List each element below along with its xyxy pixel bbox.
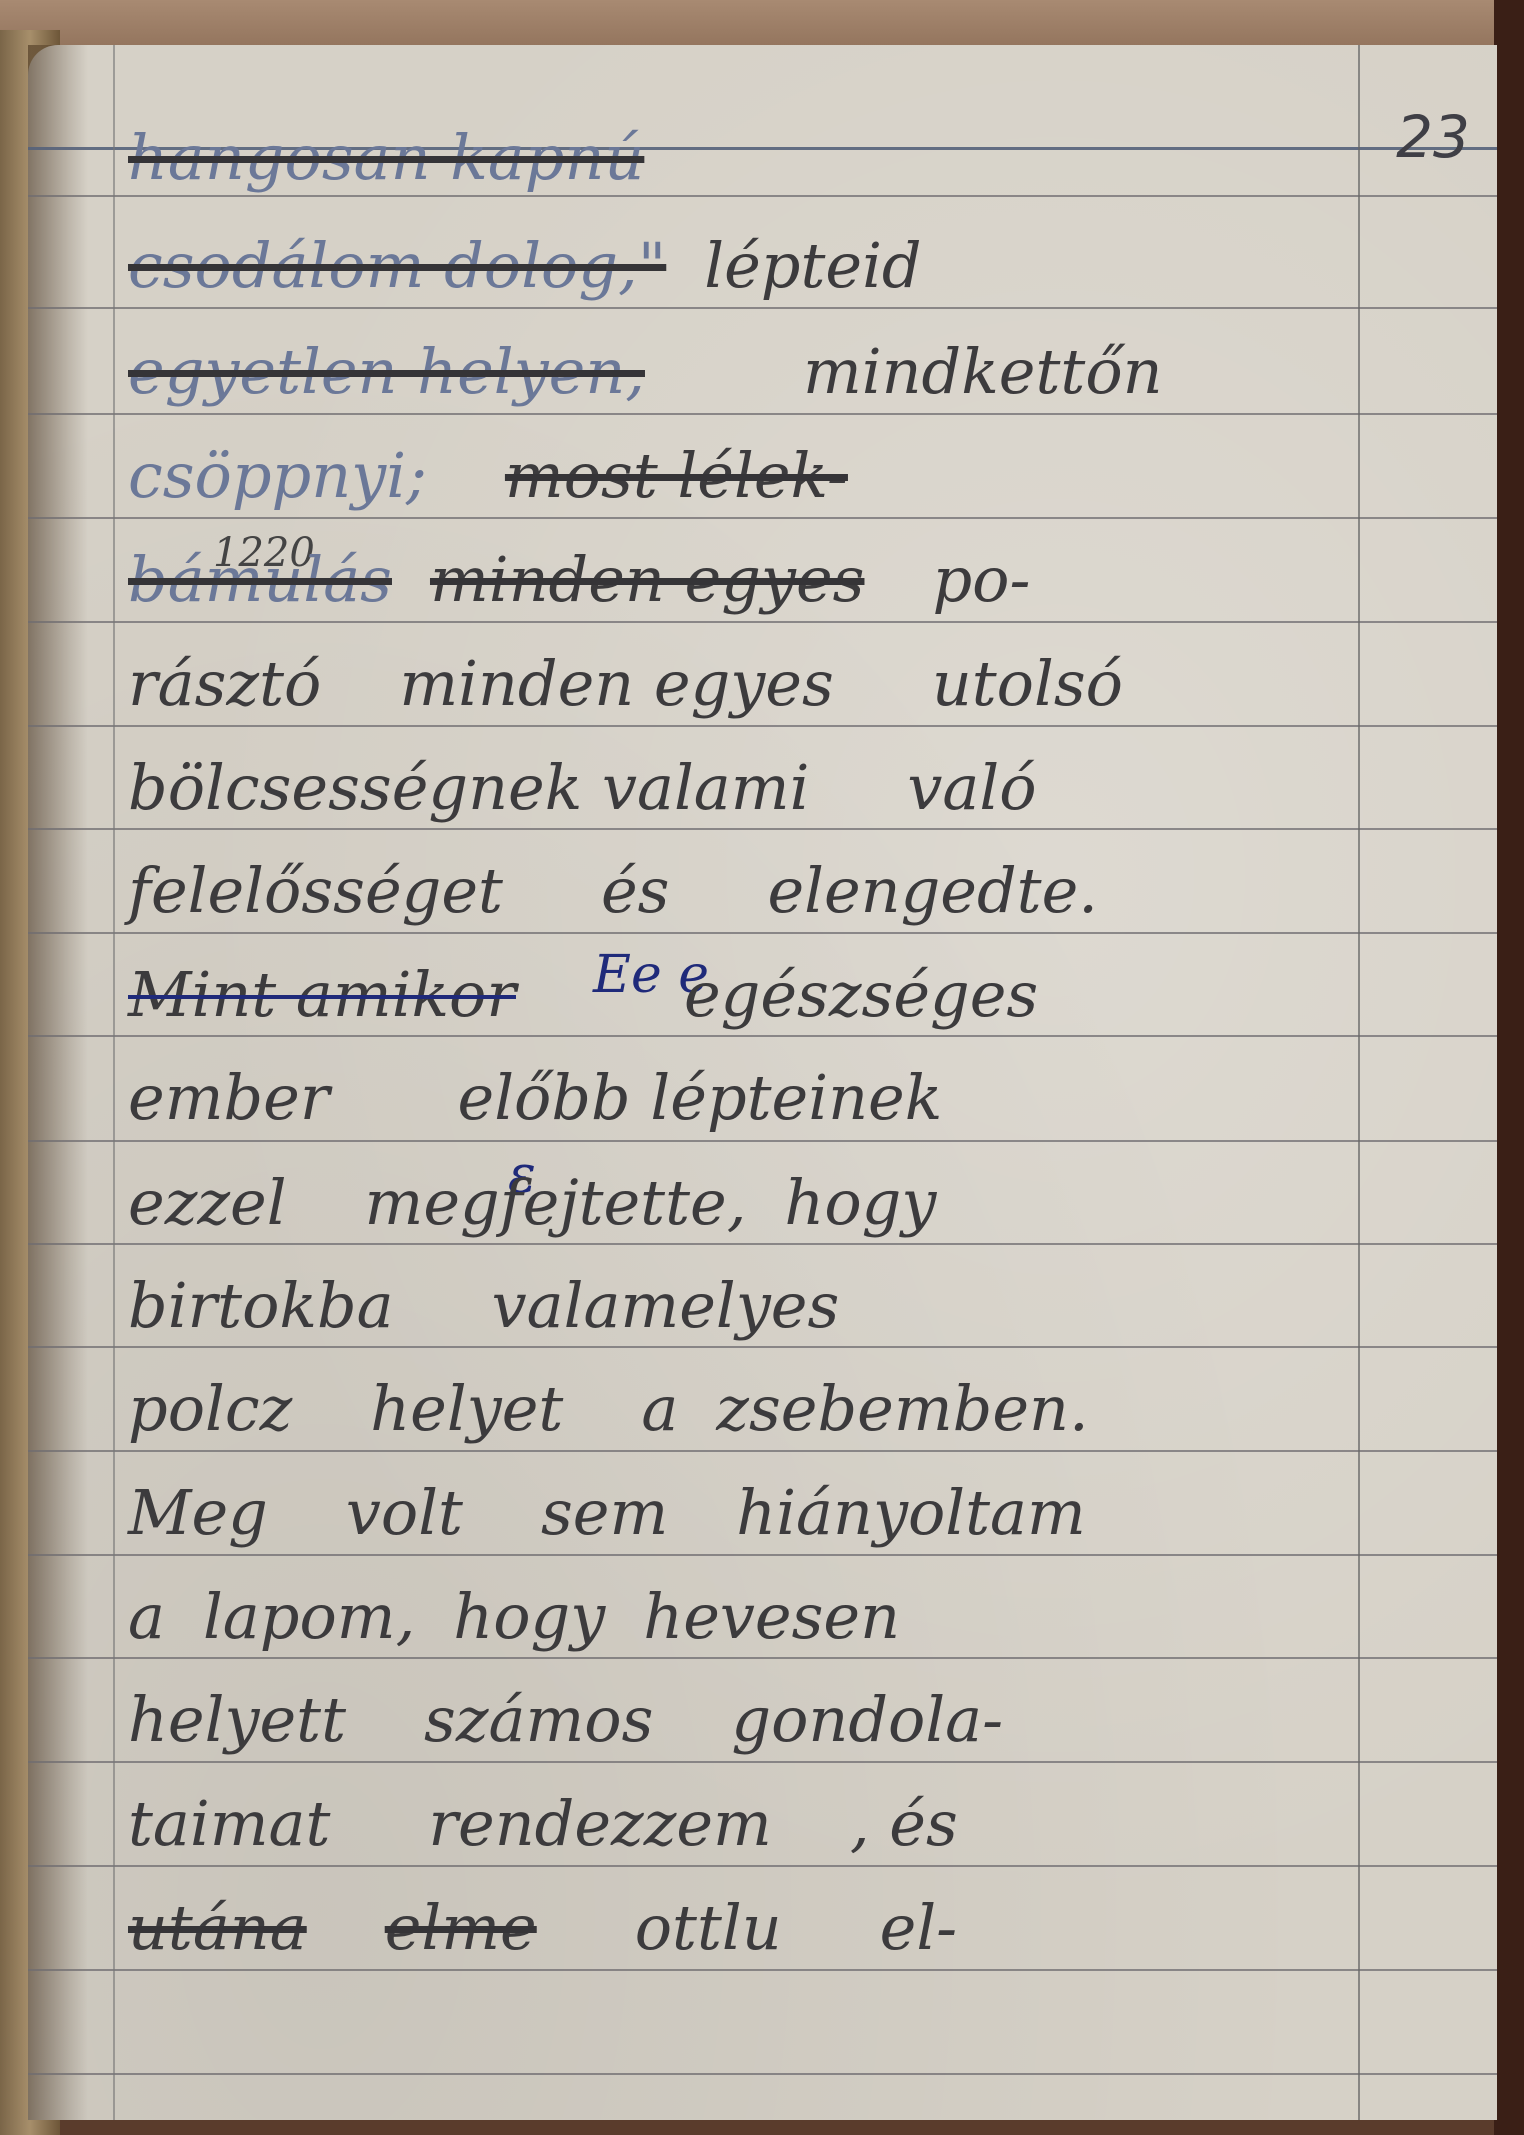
handwritten-word: ember bbox=[128, 1067, 330, 1135]
struck-text: minden egyes bbox=[430, 549, 864, 617]
text-line: csöppnyi; most lélek- bbox=[128, 413, 1488, 513]
text-line: Mint amikor egészséges bbox=[128, 932, 1488, 1032]
handwritten-word: előbb lépteinek bbox=[458, 1067, 943, 1135]
text-line: birtokba valamelyes bbox=[128, 1243, 1488, 1343]
handwritten-word: zsebemben. bbox=[716, 1378, 1088, 1446]
binding-shadow bbox=[28, 45, 88, 2120]
handwritten-word: utolsó bbox=[932, 653, 1123, 721]
text-line: polcz helyet a zsebemben. bbox=[128, 1346, 1488, 1446]
handwritten-word: sem bbox=[541, 1482, 668, 1550]
handwritten-word: po- bbox=[932, 549, 1030, 617]
handwritten-word: lépteid bbox=[704, 235, 921, 303]
background-surface-right bbox=[1494, 0, 1524, 2135]
text-line: utána elme ottlu el- bbox=[128, 1865, 1488, 1965]
handwritten-word: a bbox=[128, 1586, 165, 1654]
handwritten-word: hiányoltam bbox=[736, 1482, 1086, 1550]
handwritten-word: egészséges bbox=[684, 964, 1038, 1032]
left-margin-rule bbox=[113, 45, 115, 2120]
text-line: csodálom dolog," lépteid bbox=[128, 203, 1488, 303]
handwritten-word: helyett bbox=[128, 1689, 346, 1757]
text-line: bámulás minden egyes po- bbox=[128, 517, 1488, 617]
handwritten-word: felelősséget bbox=[128, 860, 503, 928]
handwritten-word: hevesen bbox=[643, 1586, 900, 1654]
handwritten-word: lapom, bbox=[203, 1586, 415, 1654]
handwritten-word: Meg bbox=[128, 1482, 268, 1550]
handwritten-word: megfejtette, bbox=[365, 1172, 747, 1240]
handwritten-word: hogy bbox=[784, 1172, 936, 1240]
handwritten-word: rendezzem bbox=[428, 1793, 771, 1861]
handwritten-word: csöppnyi; bbox=[128, 445, 427, 513]
handwritten-word: ezzel bbox=[128, 1172, 287, 1240]
handwritten-word: gondola- bbox=[731, 1689, 1003, 1757]
text-line: ezzel megfejtette, hogy bbox=[128, 1140, 1488, 1240]
ruled-line bbox=[28, 2073, 1497, 2075]
handwritten-word: , és bbox=[850, 1793, 958, 1861]
struck-text: bámulás bbox=[128, 549, 392, 617]
handwritten-word: hogy bbox=[453, 1586, 605, 1654]
text-line: taimat rendezzem , és bbox=[128, 1761, 1488, 1861]
handwritten-word: valamelyes bbox=[492, 1275, 840, 1343]
text-line: rásztó minden egyes utolsó bbox=[128, 621, 1488, 721]
text-line: helyett számos gondola- bbox=[128, 1657, 1488, 1757]
text-line: Meg volt sem hiányoltam bbox=[128, 1450, 1488, 1550]
notebook-page: 23 hangosan kapnú csodálom dolog," lépte… bbox=[28, 45, 1497, 2120]
handwritten-word: rásztó bbox=[128, 653, 321, 721]
handwritten-word: mindkettőn bbox=[803, 341, 1163, 409]
struck-text: csodálom dolog," bbox=[128, 235, 666, 303]
handwritten-word: el- bbox=[880, 1897, 957, 1965]
handwritten-word: minden egyes bbox=[399, 653, 833, 721]
ruled-line bbox=[28, 195, 1497, 197]
struck-text: hangosan kapnú bbox=[128, 127, 644, 195]
handwritten-word: volt bbox=[346, 1482, 463, 1550]
text-line: a lapom, hogy hevesen bbox=[128, 1554, 1488, 1654]
handwritten-word: birtokba bbox=[128, 1275, 394, 1343]
pen-struck-text: Mint amikor bbox=[128, 964, 516, 1032]
struck-text: utána bbox=[128, 1897, 307, 1965]
struck-text: egyetlen helyen, bbox=[128, 341, 645, 409]
handwritten-word: való bbox=[907, 757, 1036, 825]
handwritten-word: helyet bbox=[370, 1378, 563, 1446]
ruled-line bbox=[28, 1969, 1497, 1971]
struck-text: elme bbox=[385, 1897, 537, 1965]
handwritten-word: bölcsességnek valami bbox=[128, 757, 809, 825]
handwritten-word: és bbox=[601, 860, 670, 928]
handwritten-word: taimat bbox=[128, 1793, 330, 1861]
text-line: hangosan kapnú bbox=[128, 95, 1488, 195]
handwritten-word: elengedte. bbox=[767, 860, 1098, 928]
text-line: ember előbb lépteinek bbox=[128, 1035, 1488, 1135]
handwritten-word: ottlu bbox=[635, 1897, 782, 1965]
handwritten-word: számos bbox=[424, 1689, 653, 1757]
text-line: egyetlen helyen, mindkettőn bbox=[128, 309, 1488, 409]
handwritten-word: polcz bbox=[128, 1378, 292, 1446]
text-line: felelősséget és elengedte. bbox=[128, 828, 1488, 928]
struck-text: most lélek- bbox=[505, 445, 848, 513]
handwritten-word: a bbox=[641, 1378, 678, 1446]
text-line: bölcsességnek valami való bbox=[128, 725, 1488, 825]
